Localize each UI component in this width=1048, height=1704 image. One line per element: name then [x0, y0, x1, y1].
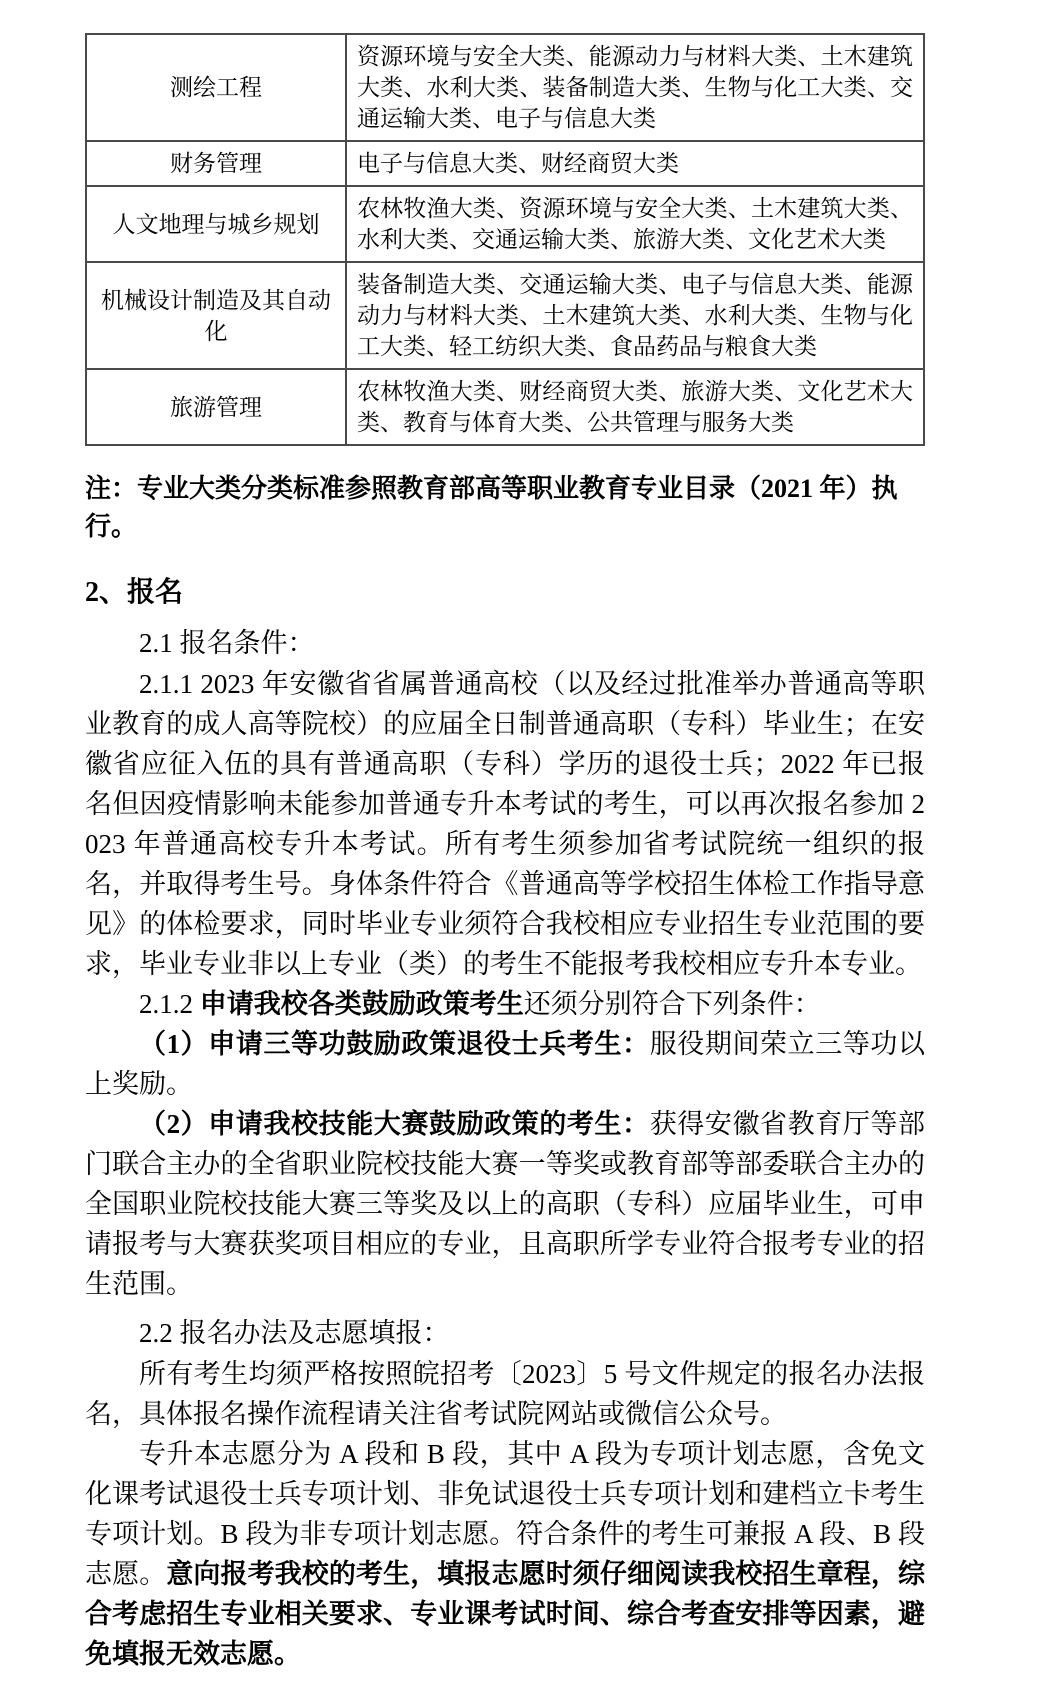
table-row: 旅游管理 农林牧渔大类、财经商贸大类、旅游大类、文化艺术大类、教育与体育大类、公… [86, 369, 924, 445]
policy-item-1-bold-text: （1）申请三等功鼓励政策退役士兵考生： [139, 1029, 650, 1059]
major-cell: 机械设计制造及其自动化 [86, 262, 346, 369]
para-2-2-a: 所有考生均须严格按照皖招考〔2023〕5 号文件规定的报名办法报名，具体报名操作… [85, 1354, 925, 1434]
categories-cell: 农林牧渔大类、财经商贸大类、旅游大类、文化艺术大类、教育与体育大类、公共管理与服… [346, 369, 924, 445]
para-2-1-2-rest-text: 还须分别符合下列条件： [524, 989, 821, 1019]
para-2-1-2-bold-text: 申请我校各类鼓励政策考生 [200, 989, 524, 1019]
policy-item-2: （2）申请我校技能大赛鼓励政策的考生：获得安徽省教育厅等部门联合主办的全省职业院… [85, 1104, 925, 1304]
para-2-1-1: 2.1.1 2023 年安徽省省属普通高校（以及经过批准举办普通高等职业教育的成… [85, 664, 925, 984]
major-cell: 测绘工程 [86, 34, 346, 141]
table-row: 财务管理 电子与信息大类、财经商贸大类 [86, 141, 924, 186]
document-page: 测绘工程 资源环境与安全大类、能源动力与材料大类、土木建筑大类、水利大类、装备制… [0, 0, 1048, 1704]
major-cell: 旅游管理 [86, 369, 346, 445]
table-row: 测绘工程 资源环境与安全大类、能源动力与材料大类、土木建筑大类、水利大类、装备制… [86, 34, 924, 141]
categories-cell: 电子与信息大类、财经商贸大类 [346, 141, 924, 186]
para-2-2-b-bold-text: 意向报考我校的考生，填报志愿时须仔细阅读我校招生章程，综合考虑招生专业相关要求、… [85, 1559, 925, 1669]
para-2-2-b: 专升本志愿分为 A 段和 B 段，其中 A 段为专项计划志愿，含免文化课考试退役… [85, 1434, 925, 1674]
table-row: 机械设计制造及其自动化 装备制造大类、交通运输大类、电子与信息大类、能源动力与材… [86, 262, 924, 369]
section-2-heading: 2、报名 [85, 572, 925, 614]
subsection-2-2-heading: 2.2 报名办法及志愿填报： [85, 1312, 925, 1354]
major-cell: 财务管理 [86, 141, 346, 186]
major-cell: 人文地理与城乡规划 [86, 186, 346, 262]
major-category-table: 测绘工程 资源环境与安全大类、能源动力与材料大类、土木建筑大类、水利大类、装备制… [85, 33, 925, 446]
categories-cell: 装备制造大类、交通运输大类、电子与信息大类、能源动力与材料大类、土木建筑大类、水… [346, 262, 924, 369]
subsection-2-1-heading: 2.1 报名条件： [85, 622, 925, 664]
para-2-1-2-number: 2.1.2 [139, 989, 200, 1019]
policy-item-2-bold-text: （2）申请我校技能大赛鼓励政策的考生： [139, 1109, 650, 1139]
categories-cell: 资源环境与安全大类、能源动力与材料大类、土木建筑大类、水利大类、装备制造大类、生… [346, 34, 924, 141]
policy-item-1: （1）申请三等功鼓励政策退役士兵考生：服役期间荣立三等功以上奖励。 [85, 1024, 925, 1104]
para-2-1-2: 2.1.2 申请我校各类鼓励政策考生还须分别符合下列条件： [85, 984, 925, 1024]
table-note: 注：专业大类分类标准参照教育部高等职业教育专业目录（2021 年）执行。 [85, 470, 925, 546]
table-row: 人文地理与城乡规划 农林牧渔大类、资源环境与安全大类、土木建筑大类、水利大类、交… [86, 186, 924, 262]
categories-cell: 农林牧渔大类、资源环境与安全大类、土木建筑大类、水利大类、交通运输大类、旅游大类… [346, 186, 924, 262]
